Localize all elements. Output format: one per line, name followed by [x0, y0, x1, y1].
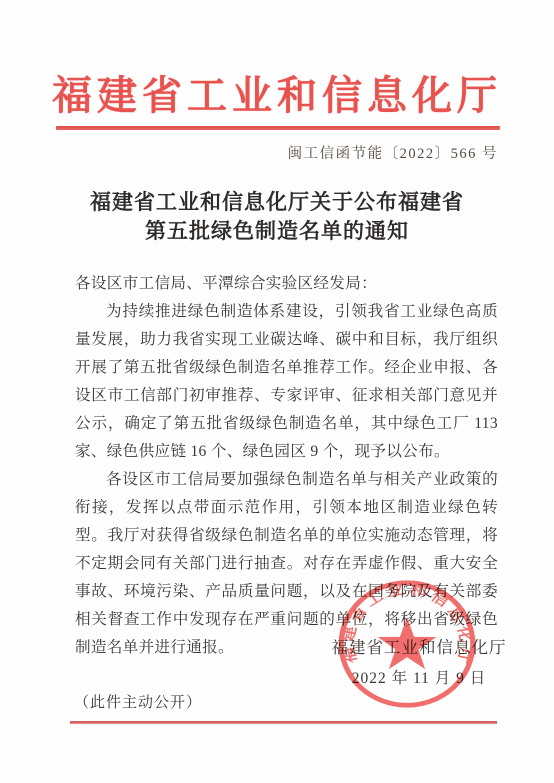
- document-title-line-1: 福建省工业和信息化厅关于公布福建省: [0, 188, 554, 217]
- document-title: 福建省工业和信息化厅关于公布福建省 第五批绿色制造名单的通知: [0, 188, 554, 246]
- body-paragraph: 各设区市工信局要加强绿色制造名单与相关产业政策的衔接，发挥以点带面示范作用，引领…: [75, 466, 498, 662]
- document-number: 闽工信函节能〔2022〕566 号: [288, 142, 498, 163]
- signature-date: 2022 年 11 月 9 日: [299, 668, 539, 690]
- body-paragraph: 为持续推进绿色制造体系建设，引领我省工业绿色高质量发展，助力我省实现工业碳达峰、…: [75, 298, 498, 466]
- disclosure-note: （此件主动公开）: [74, 691, 202, 712]
- agency-masthead: 福建省工业和信息化厅: [0, 64, 554, 121]
- footer-divider: [70, 721, 497, 724]
- document-body: 各设区市工信局、平潭综合实验区经发局： 为持续推进绿色制造体系建设，引领我省工业…: [75, 270, 498, 662]
- document-title-line-2: 第五批绿色制造名单的通知: [0, 217, 554, 246]
- signature-block: 福建省工业和信息化厅 2022 年 11 月 9 日: [299, 637, 539, 690]
- document-page: 福建省工业和信息化厅 闽工信函节能〔2022〕566 号 福建省工业和信息化厅关…: [0, 0, 554, 783]
- masthead-divider: [56, 126, 500, 130]
- signature-issuer: 福建省工业和信息化厅: [299, 637, 539, 659]
- salutation: 各设区市工信局、平潭综合实验区经发局：: [75, 270, 498, 298]
